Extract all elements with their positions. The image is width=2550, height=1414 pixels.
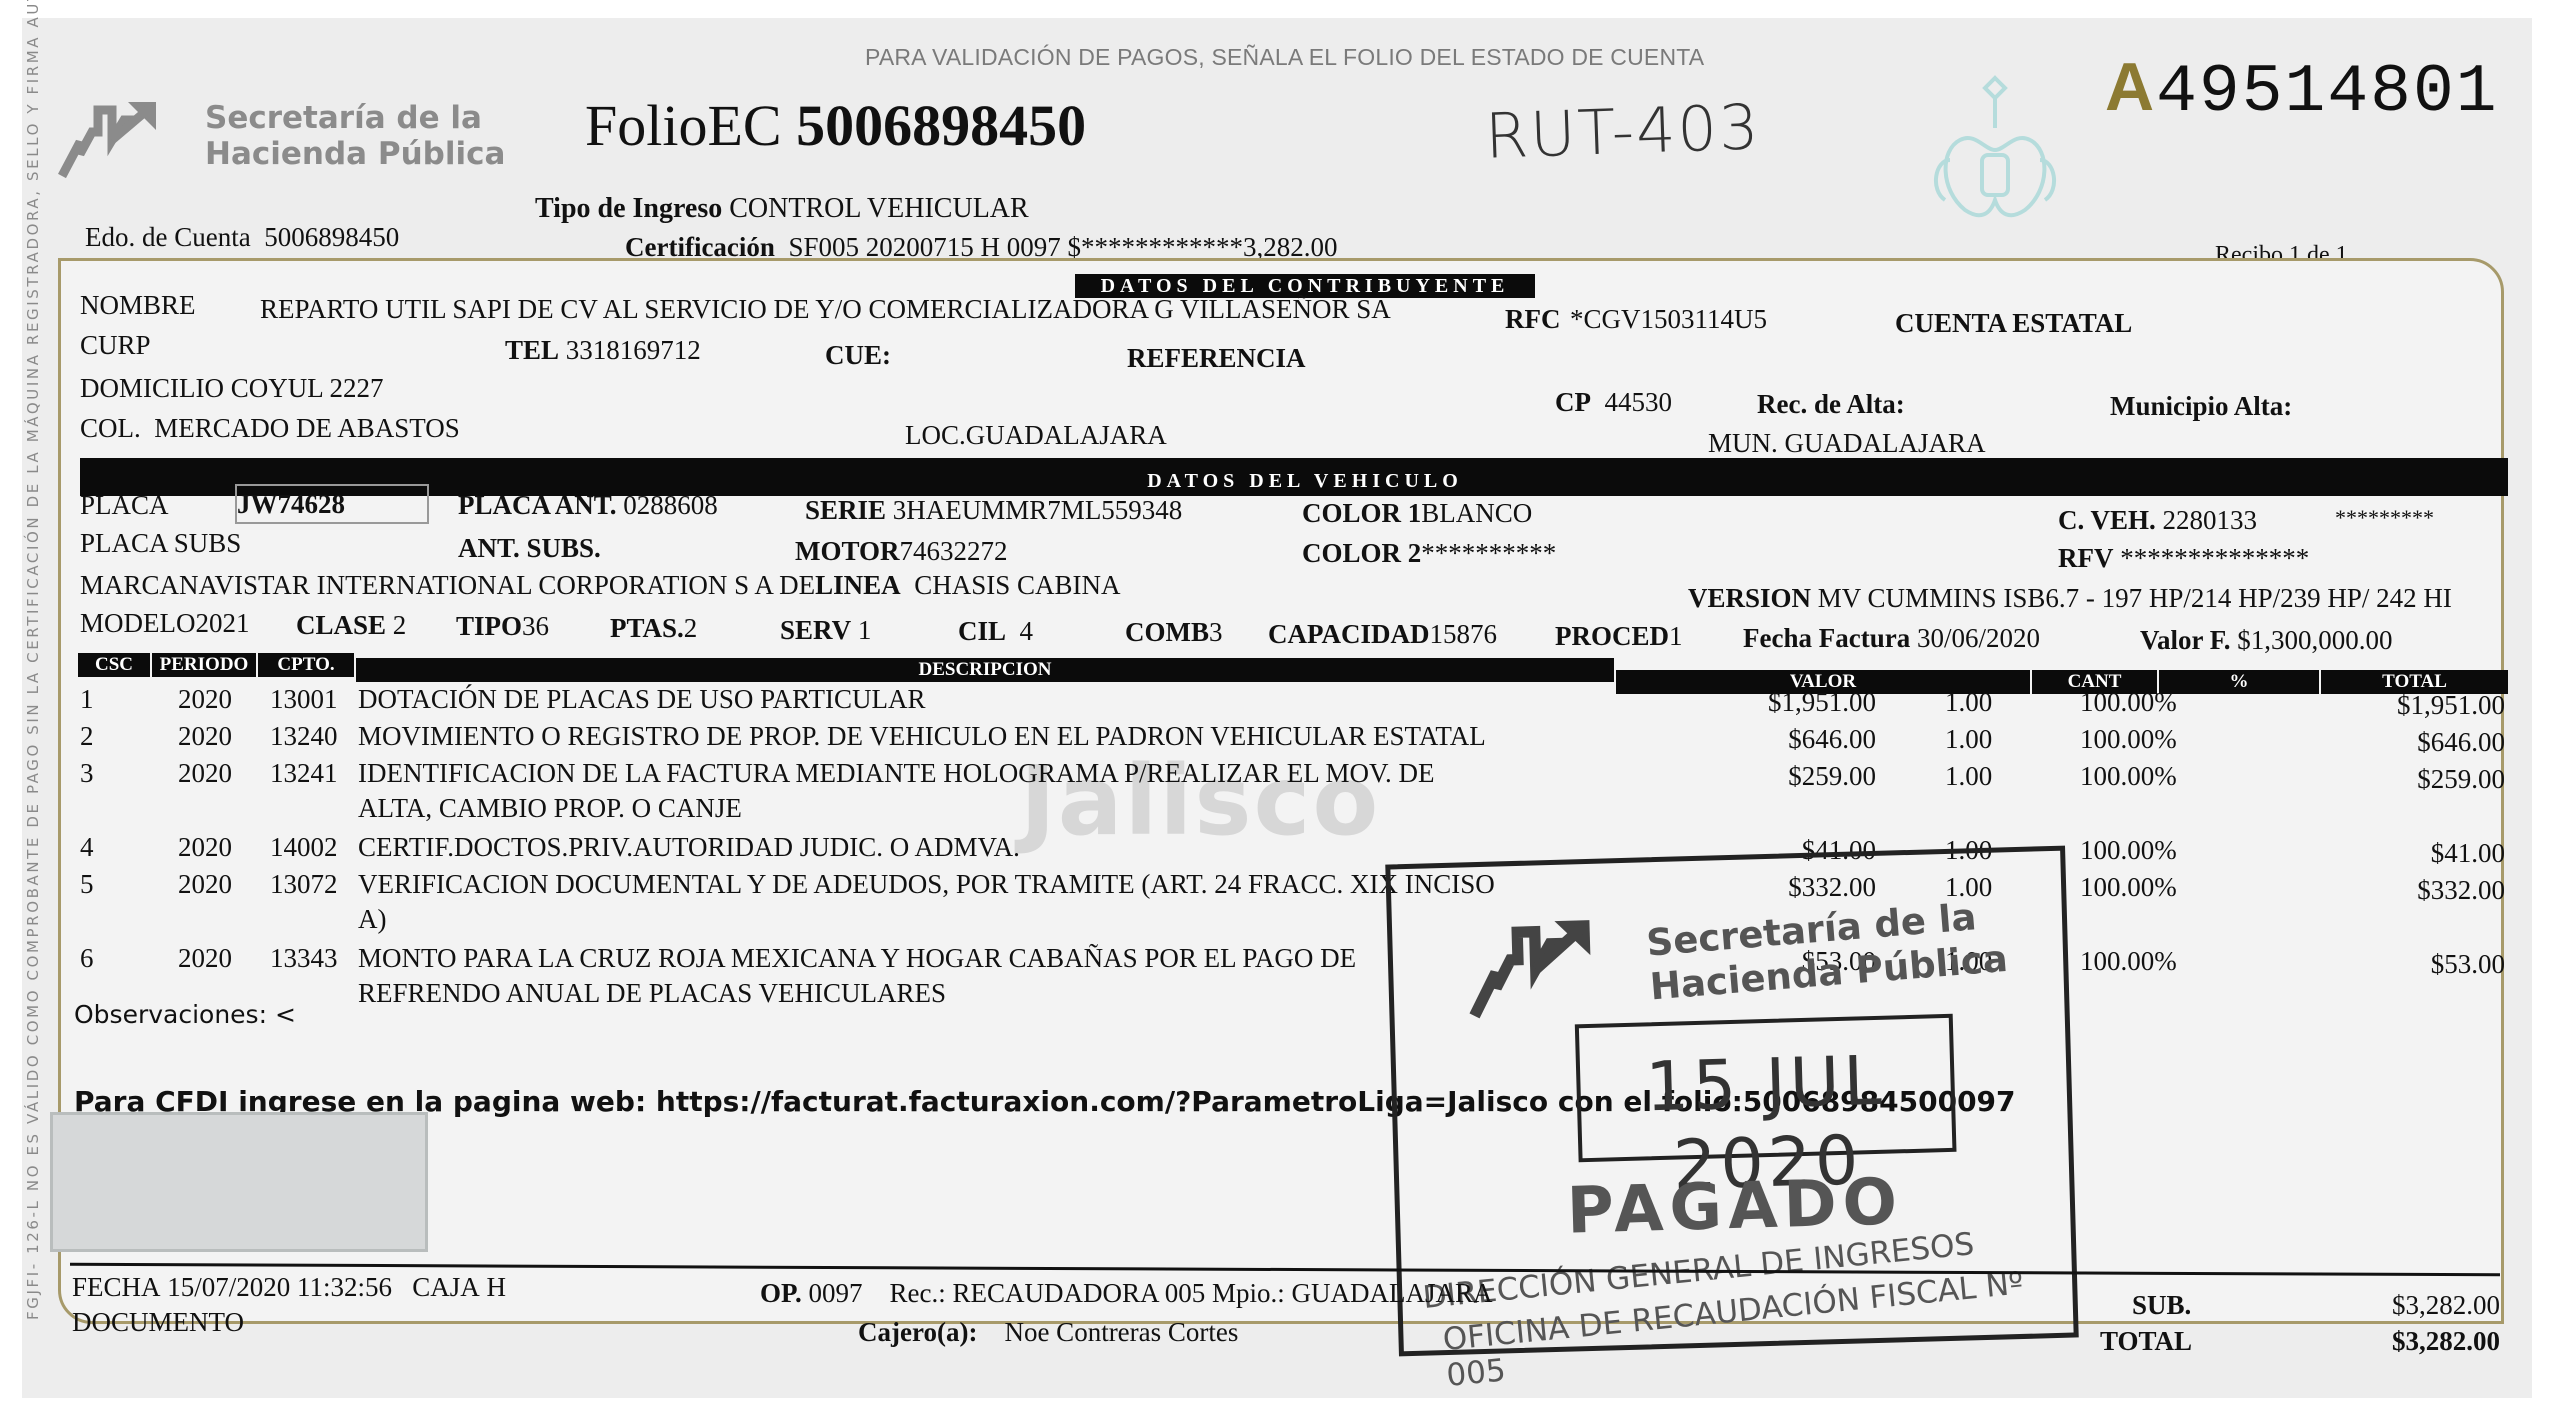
ptas-field: PTAS.2 — [610, 613, 697, 644]
row-cpto: 13240 — [270, 721, 338, 752]
clase-label: CLASE — [296, 610, 386, 640]
clase-value: 2 — [393, 610, 407, 640]
row-periodo: 2020 — [178, 869, 232, 900]
clase-field: CLASE 2 — [296, 610, 406, 641]
total-value: $3,282.00 — [2380, 1326, 2500, 1357]
rec-alta-label: Rec. de Alta: — [1757, 389, 1905, 420]
ptas-label: PTAS. — [610, 613, 684, 643]
placa-ant-field: PLACA ANT. 0288608 — [458, 490, 718, 521]
hacienda-logo-icon — [58, 92, 178, 182]
side-copy-label: Contribuyente — [2545, 806, 2550, 1080]
row-descripcion: REFRENDO ANUAL DE PLACAS VEHICULARES — [358, 978, 946, 1009]
cil-value: 4 — [1020, 616, 1034, 646]
row-descripcion: CERTIF.DOCTOS.PRIV.AUTORIDAD JUDIC. O AD… — [358, 832, 1020, 863]
capacidad-value: 15876 — [1430, 619, 1498, 649]
domicilio-label: DOMICILIO — [80, 373, 224, 403]
valor-f-field: Valor F. $1,300,000.00 — [2140, 625, 2393, 656]
handwritten-note: RUT-403 — [1484, 90, 1762, 173]
modelo-value: 2021 — [196, 608, 250, 638]
ant-subs-label: ANT. SUBS. — [458, 533, 601, 564]
comb-value: 3 — [1209, 617, 1223, 647]
row-descripcion: MONTO PARA LA CRUZ ROJA MEXICANA Y HOGAR… — [358, 943, 1356, 974]
cp-field: CP 44530 — [1555, 387, 1672, 418]
mun-value: GUADALAJARA — [1785, 428, 1986, 458]
col-label: COL. — [80, 413, 141, 443]
row-total: $53.00 — [2300, 949, 2505, 980]
row-cpto: 14002 — [270, 832, 338, 863]
row-percent: 100.00% — [2080, 724, 2177, 755]
fecha-factura-field: Fecha Factura 30/06/2020 — [1743, 623, 2040, 654]
modelo-label: MODELO — [80, 608, 196, 638]
row-percent: 100.00% — [2080, 761, 2177, 792]
edo-cuenta: Edo. de Cuenta 5006898450 — [85, 222, 399, 253]
row-descripcion: IDENTIFICACION DE LA FACTURA MEDIANTE HO… — [358, 758, 1434, 789]
stamp-logo-icon — [1466, 903, 1619, 1027]
stamp-issuer: Secretaría de la Hacienda Pública — [1645, 893, 2009, 1009]
row-cpto: 13343 — [270, 943, 338, 974]
row-descripcion: DOTACIÓN DE PLACAS DE USO PARTICULAR — [358, 684, 926, 715]
caja-label: CAJA — [412, 1272, 480, 1302]
row-percent: 100.00% — [2080, 946, 2177, 977]
column-header: DESCRIPCION — [356, 658, 1614, 682]
col-value: MERCADO DE ABASTOS — [154, 413, 460, 443]
cajero-field: Cajero(a): Noe Contreras Cortes — [858, 1317, 1238, 1348]
stamp-date-box: 15 JUL 2020 — [1575, 1014, 1957, 1163]
fecha-factura-value: 30/06/2020 — [1917, 623, 2040, 653]
capacidad-field: CAPACIDAD15876 — [1268, 619, 1497, 650]
marca-label: MARCA — [80, 570, 179, 600]
loc-value: GUADALAJARA — [966, 420, 1167, 450]
row-total: $1,951.00 — [2300, 690, 2505, 721]
marca-value: NAVISTAR INTERNATIONAL CORPORATION S A D… — [179, 570, 815, 600]
row-percent: 100.00% — [2080, 687, 2177, 718]
row-valor: $646.00 — [1640, 724, 1876, 755]
redacted-box — [50, 1112, 428, 1252]
serial-digits: 49514801 — [2156, 54, 2498, 131]
nombre-value: REPARTO UTIL SAPI DE CV AL SERVICIO DE Y… — [260, 294, 1391, 325]
tel-field: TEL 3318169712 — [505, 335, 701, 366]
serie-label: SERIE — [805, 495, 886, 525]
op-label: OP. — [760, 1278, 802, 1308]
row-csc: 3 — [80, 758, 94, 789]
mun-label: MUN. — [1708, 428, 1778, 458]
folio-number: 5006898450 — [796, 93, 1086, 158]
row-periodo: 2020 — [178, 832, 232, 863]
placa-ant-label: PLACA ANT. — [458, 490, 617, 520]
cuenta-estatal-label: CUENTA ESTATAL — [1895, 308, 2132, 339]
column-header: PERIODO — [152, 653, 256, 677]
row-percent: 100.00% — [2080, 835, 2177, 866]
rfv-field: RFV ************** — [2058, 543, 2309, 574]
fecha-field: FECHA 15/07/2020 11:32:56 CAJA H — [72, 1272, 506, 1303]
serv-label: SERV — [780, 615, 851, 645]
domicilio-value: COYUL 2227 — [231, 373, 384, 403]
caja-value: H — [487, 1272, 507, 1302]
edo-cuenta-label: Edo. de Cuenta — [85, 222, 251, 252]
row-total: $646.00 — [2300, 727, 2505, 758]
cp-value: 44530 — [1605, 387, 1673, 417]
curp-label: CURP — [80, 330, 151, 361]
cil-field: CIL 4 — [958, 616, 1033, 647]
row-cant: 1.00 — [1945, 687, 1992, 718]
municipio-alta-label: Municipio Alta: — [2110, 391, 2292, 422]
row-total: $332.00 — [2300, 875, 2505, 906]
valor-f-value: $1,300,000.00 — [2237, 625, 2392, 655]
validation-notice: PARA VALIDACIÓN DE PAGOS, SEÑALA EL FOLI… — [865, 44, 1704, 71]
modelo-field: MODELO2021 — [80, 608, 250, 639]
motor-value: 74632272 — [900, 536, 1008, 566]
row-percent: 100.00% — [2080, 872, 2177, 903]
row-cpto: 13241 — [270, 758, 338, 789]
tipo-value: 36 — [522, 611, 549, 641]
loc-label: LOC. — [905, 420, 966, 450]
capacidad-label: CAPACIDAD — [1268, 619, 1430, 649]
cajero-label: Cajero(a): — [858, 1317, 977, 1347]
sub-value: $3,282.00 — [2380, 1290, 2500, 1321]
observaciones: Observaciones: < — [74, 1000, 296, 1029]
placa-label: PLACA — [80, 490, 169, 521]
valor-f-label: Valor F. — [2140, 625, 2231, 655]
vehiculo-section-header: DATOS DEL VEHICULO — [1075, 468, 1535, 494]
cajero-value: Noe Contreras Cortes — [1004, 1317, 1238, 1347]
version-value: MV CUMMINS ISB6.7 - 197 HP/214 HP/239 HP… — [1818, 583, 2452, 613]
cveh-mask: ********* — [2335, 505, 2434, 531]
proced-value: 1 — [1669, 621, 1683, 651]
version-label: VERSION — [1688, 583, 1811, 613]
cp-label: CP — [1555, 387, 1591, 417]
row-cpto: 13072 — [270, 869, 338, 900]
row-csc: 2 — [80, 721, 94, 752]
proced-label: PROCED — [1555, 621, 1669, 651]
serial-number: A49514801 — [2105, 48, 2499, 131]
color1-field: COLOR 1BLANCO — [1302, 498, 1532, 529]
row-cpto: 13001 — [270, 684, 338, 715]
folio-ec: FolioEC 5006898450 — [585, 92, 1086, 159]
row-csc: 1 — [80, 684, 94, 715]
cveh-field: C. VEH. 2280133 — [2058, 505, 2257, 536]
placa-ant-value: 0288608 — [623, 490, 718, 520]
comb-label: COMB — [1125, 617, 1209, 647]
row-descripcion: A) — [358, 904, 387, 935]
documento-label: DOCUMENTO — [72, 1307, 244, 1338]
serie-value: 3HAEUMMR7ML559348 — [893, 495, 1183, 525]
column-header: % — [2159, 670, 2319, 694]
cveh-value: 2280133 — [2163, 505, 2258, 535]
rec-text: Rec.: RECAUDADORA 005 Mpio.: GUADALAJARA — [890, 1278, 1493, 1308]
issuer-line-1: Secretaría de la — [205, 100, 505, 136]
serial-prefix: A — [2105, 49, 2156, 125]
tipo-field: TIPO36 — [456, 611, 549, 642]
row-csc: 6 — [80, 943, 94, 974]
row-total: $41.00 — [2300, 838, 2505, 869]
motor-label: MOTOR — [795, 536, 900, 566]
serv-value: 1 — [858, 615, 872, 645]
color1-value: BLANCO — [1421, 498, 1532, 528]
sub-label: SUB. — [2132, 1290, 2191, 1321]
issuer-line-2: Hacienda Pública — [205, 136, 505, 172]
color2-value: ********** — [1421, 538, 1556, 568]
row-periodo: 2020 — [178, 721, 232, 752]
color2-field: COLOR 2********** — [1302, 538, 1556, 569]
ptas-value: 2 — [684, 613, 698, 643]
mun-field: MUN. GUADALAJARA — [1708, 428, 1986, 459]
placa-value: JW74628 — [235, 484, 429, 524]
folio-label: FolioEC — [585, 93, 782, 158]
issuer-name: Secretaría de la Hacienda Pública — [205, 100, 505, 172]
referencia-label: REFERENCIA — [1127, 343, 1306, 374]
row-descripcion: ALTA, CAMBIO PROP. O CANJE — [358, 793, 742, 824]
version-field: VERSION MV CUMMINS ISB6.7 - 197 HP/214 H… — [1688, 583, 2452, 614]
row-csc: 5 — [80, 869, 94, 900]
fecha-value: 15/07/2020 11:32:56 — [167, 1272, 392, 1302]
fecha-label: FECHA — [72, 1272, 161, 1302]
row-cant: 1.00 — [1945, 761, 1992, 792]
serv-field: SERV 1 — [780, 615, 871, 646]
linea-label: LINEA — [815, 570, 901, 600]
row-cant: 1.00 — [1945, 724, 1992, 755]
rfc-value: *CGV1503114U5 — [1570, 304, 1767, 335]
domicilio-field: DOMICILIO COYUL 2227 — [80, 373, 383, 404]
rfv-value: ************** — [2120, 543, 2309, 573]
jalisco-crest-icon — [1920, 70, 2070, 230]
loc-field: LOC.GUADALAJARA — [905, 420, 1167, 451]
tel-value: 3318169712 — [566, 335, 701, 365]
edo-cuenta-value: 5006898450 — [264, 222, 399, 252]
row-periodo: 2020 — [178, 758, 232, 789]
serie-field: SERIE 3HAEUMMR7ML559348 — [805, 495, 1182, 526]
tipo-ingreso-value: CONTROL VEHICULAR — [729, 193, 1028, 224]
row-descripcion: MOVIMIENTO O REGISTRO DE PROP. DE VEHICU… — [358, 721, 1486, 752]
column-header: CPTO. — [258, 653, 354, 677]
side-disclaimer: FGJFI- 126-L NO ES VÁLIDO COMO COMPROBAN… — [24, 0, 42, 1320]
motor-field: MOTOR74632272 — [795, 536, 1008, 567]
marca-field: MARCANAVISTAR INTERNATIONAL CORPORATION … — [80, 570, 1120, 601]
tel-label: TEL — [505, 335, 559, 365]
fecha-factura-label: Fecha Factura — [1743, 623, 1910, 653]
cue-label: CUE: — [825, 340, 891, 371]
proced-field: PROCED1 — [1555, 621, 1683, 652]
color1-label: COLOR 1 — [1302, 498, 1421, 528]
tipo-label: TIPO — [456, 611, 522, 641]
tipo-ingreso-label: Tipo de Ingreso — [535, 193, 722, 224]
rfc-label: RFC — [1505, 304, 1561, 335]
rfv-label: RFV — [2058, 543, 2114, 573]
row-total: $259.00 — [2300, 764, 2505, 795]
placa-subs-label: PLACA SUBS — [80, 528, 241, 559]
tipo-ingreso: Tipo de Ingreso CONTROL VEHICULAR — [535, 193, 1029, 225]
row-descripcion: VERIFICACION DOCUMENTAL Y DE ADEUDOS, PO… — [358, 869, 1495, 900]
color2-label: COLOR 2 — [1302, 538, 1421, 568]
nombre-label: NOMBRE — [80, 290, 196, 321]
op-value: 0097 — [809, 1278, 863, 1308]
comb-field: COMB3 — [1125, 617, 1223, 648]
row-valor: $1,951.00 — [1640, 687, 1876, 718]
linea-value: CHASIS CABINA — [914, 570, 1120, 600]
row-csc: 4 — [80, 832, 94, 863]
col-field: COL. MERCADO DE ABASTOS — [80, 413, 460, 444]
cveh-label: C. VEH. — [2058, 505, 2156, 535]
op-field: OP. 0097 Rec.: RECAUDADORA 005 Mpio.: GU… — [760, 1278, 1493, 1309]
cil-label: CIL — [958, 616, 1006, 646]
column-header: CSC — [78, 653, 150, 677]
row-periodo: 2020 — [178, 684, 232, 715]
row-periodo: 2020 — [178, 943, 232, 974]
row-valor: $259.00 — [1640, 761, 1876, 792]
total-label: TOTAL — [2100, 1326, 2192, 1357]
